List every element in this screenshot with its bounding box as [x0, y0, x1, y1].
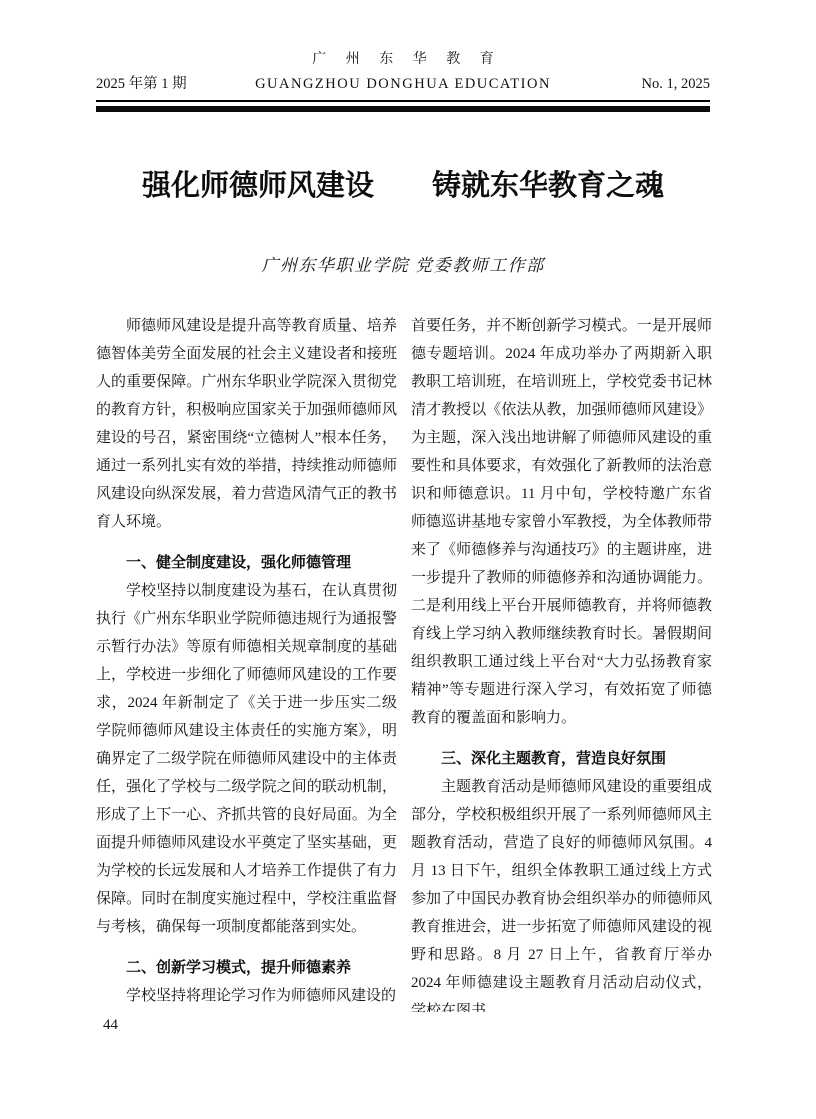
- section-heading: 三、深化主题教育，营造良好氛围: [411, 745, 712, 773]
- page-number: 44: [103, 1015, 118, 1035]
- journal-masthead: 广 州 东 华 教 育 2025 年第 1 期 GUANGZHOU DONGHU…: [96, 50, 710, 112]
- left-column: 师德师风建设是提升高等教育质量、培养德智体美劳全面发展的社会主义建设者和接班人的…: [96, 312, 397, 1012]
- header-rule-thin: [96, 100, 710, 102]
- article-byline: 广州东华职业学院 党委教师工作部: [96, 254, 710, 278]
- right-column: 首要任务，并不断创新学习模式。一是开展师德专题培训。2024 年成功举办了两期新…: [411, 312, 712, 1012]
- body-paragraph: 主题教育活动是师德师风建设的重要组成部分，学校积极组织开展了一系列师德师风主题教…: [411, 773, 712, 1012]
- body-paragraph: 学校坚持将理论学习作为师德师风建设的: [96, 982, 397, 1010]
- masthead-info-row: 2025 年第 1 期 GUANGZHOU DONGHUA EDUCATION …: [96, 73, 710, 95]
- issue-info-right: No. 1, 2025: [642, 73, 710, 95]
- header-rule-thick: [96, 106, 710, 112]
- journal-name-english: GUANGZHOU DONGHUA EDUCATION: [96, 73, 710, 95]
- journal-name-chinese: 广 州 东 华 教 育: [96, 50, 710, 70]
- issue-info-left: 2025 年第 1 期: [96, 73, 187, 95]
- body-paragraph: 首要任务，并不断创新学习模式。一是开展师德专题培训。2024 年成功举办了两期新…: [411, 312, 712, 732]
- body-paragraph: 学校坚持以制度建设为基石，在认真贯彻执行《广州东华职业学院师德违规行为通报警示暂…: [96, 577, 397, 941]
- section-heading: 一、健全制度建设，强化师德管理: [96, 549, 397, 577]
- article-title: 强化师德师风建设 铸就东华教育之魂: [96, 166, 710, 206]
- body-paragraph: 师德师风建设是提升高等教育质量、培养德智体美劳全面发展的社会主义建设者和接班人的…: [96, 312, 397, 536]
- journal-page: 广 州 东 华 教 育 2025 年第 1 期 GUANGZHOU DONGHU…: [0, 0, 816, 1119]
- article-body: 师德师风建设是提升高等教育质量、培养德智体美劳全面发展的社会主义建设者和接班人的…: [96, 312, 712, 1012]
- section-heading: 二、创新学习模式，提升师德素养: [96, 954, 397, 982]
